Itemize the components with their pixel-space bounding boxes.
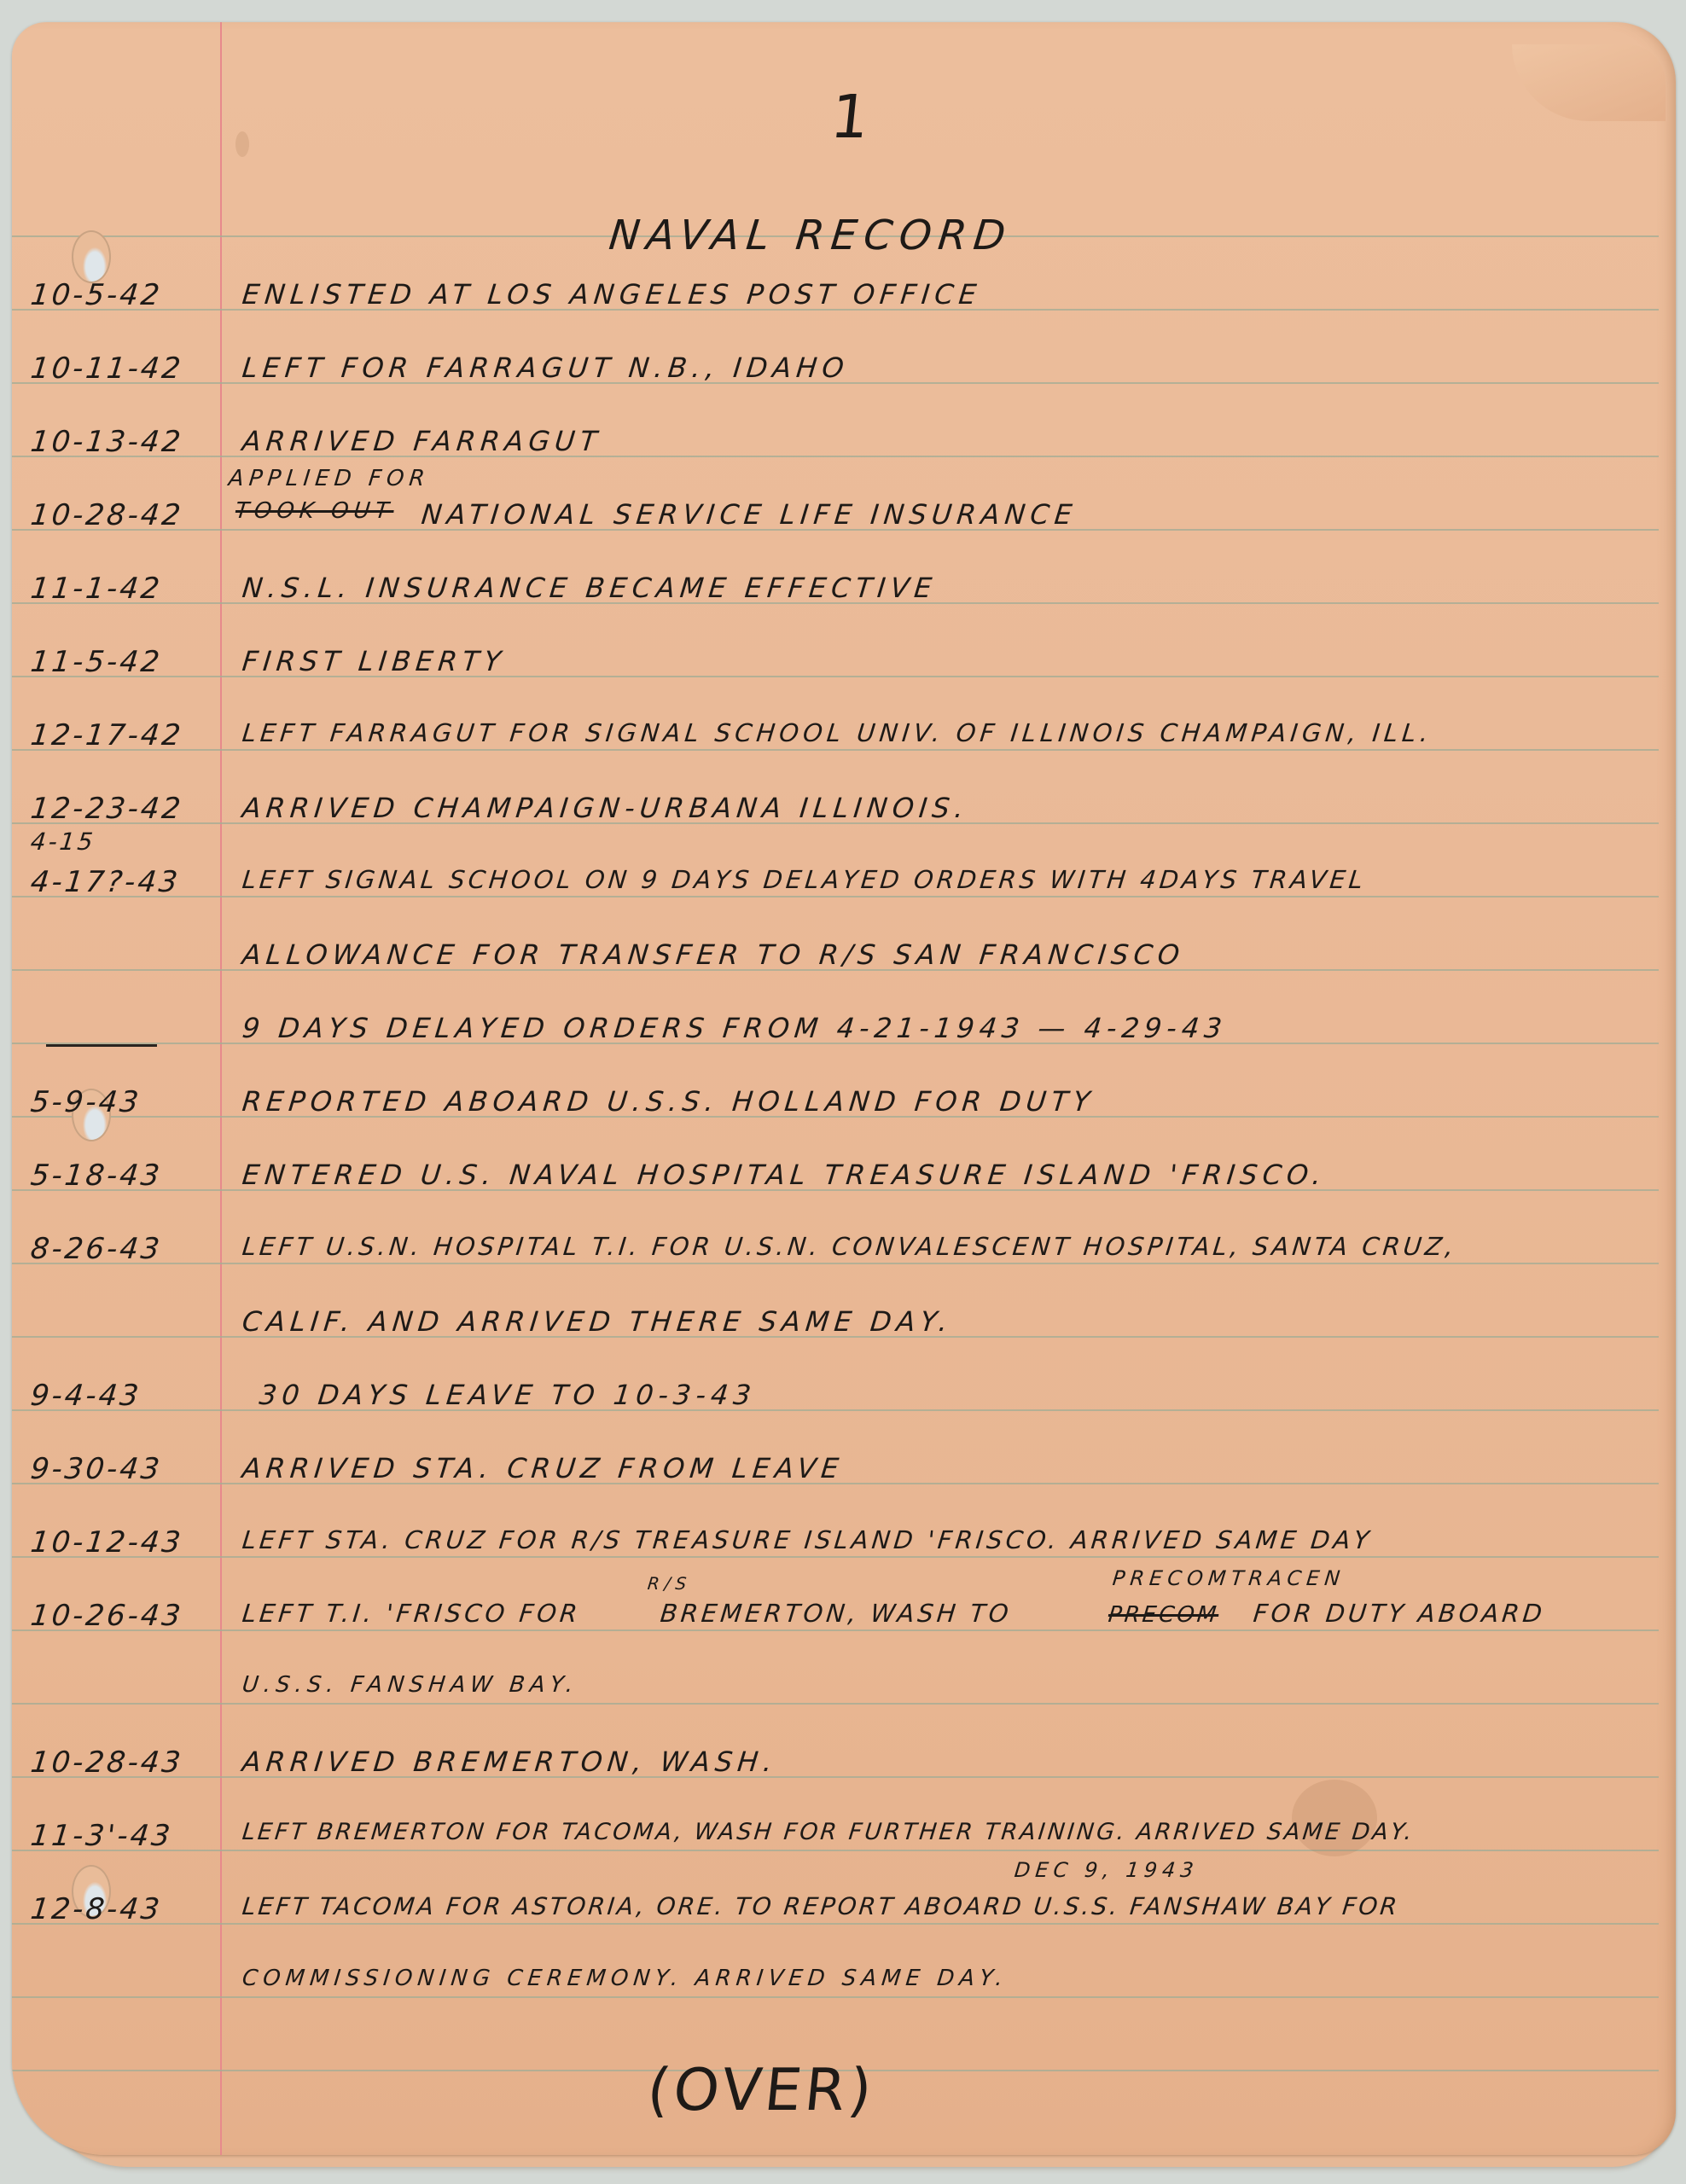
entry-continuation: U.S.S. FANSHAW BAY. <box>241 1672 579 1698</box>
entry-date: 11-5-42 <box>29 645 164 679</box>
entry-date: 8-26-43 <box>29 1232 164 1266</box>
entry-date: 10-26-43 <box>29 1599 185 1633</box>
entry-text: LEFT FOR FARRAGUT N.B., IDAHO <box>241 351 851 384</box>
entry-date: 10-11-42 <box>29 351 185 386</box>
entry-date: 9-4-43 <box>29 1379 142 1413</box>
entry-date: 10-28-43 <box>29 1745 185 1780</box>
page-number: 1 <box>828 82 873 152</box>
page-title: NAVAL RECORD <box>607 212 1015 259</box>
entry-date: 4-17?-43 <box>29 865 182 899</box>
entry-continuation: CALIF. AND ARRIVED THERE SAME DAY. <box>241 1305 954 1338</box>
entry-date: 5-9-43 <box>29 1085 142 1119</box>
dash-mark <box>46 1044 157 1047</box>
entry-text: LEFT T.I. 'FRISCO FOR <box>241 1599 582 1628</box>
entry-date: 11-1-42 <box>29 572 164 606</box>
entry-text: 9 DAYS DELAYED ORDERS FROM 4-21-1943 — 4… <box>241 1012 1229 1044</box>
entry-text: LEFT TACOMA FOR ASTORIA, ORE. TO REPORT … <box>241 1892 1400 1920</box>
entry-text: LEFT BREMERTON FOR TACOMA, WASH FOR FURT… <box>241 1819 1416 1845</box>
rule-line <box>12 1703 1659 1705</box>
entry-date: 12-17-42 <box>29 718 185 752</box>
rule-line <box>12 1850 1659 1851</box>
notebook-page: 1 NAVAL RECORD 10-5-42 ENLISTED AT LOS A… <box>12 22 1676 2155</box>
entry-text: N.S.L. INSURANCE BECAME EFFECTIVE <box>241 572 939 604</box>
entry-insertion: DEC 9, 1943 <box>1014 1858 1201 1882</box>
rule-line <box>12 1923 1659 1925</box>
entry-text: ARRIVED CHAMPAIGN-URBANA ILLINOIS. <box>241 792 970 824</box>
entry-text: ARRIVED BREMERTON, WASH. <box>241 1745 779 1778</box>
entry-date: 12-23-42 <box>29 792 185 826</box>
entry-struck-text: PRECOM <box>1107 1602 1219 1628</box>
page-corner-curl <box>1512 44 1666 121</box>
entry-text: 30 DAYS LEAVE TO 10-3-43 <box>258 1379 758 1411</box>
rule-line <box>12 1629 1659 1631</box>
rule-line <box>12 1996 1659 1998</box>
rule-line <box>12 896 1659 897</box>
entry-text: BREMERTON, WASH TO <box>659 1599 1013 1628</box>
rule-line <box>12 749 1659 751</box>
rule-line <box>12 1556 1659 1558</box>
entry-date: 12-8-43 <box>29 1892 164 1926</box>
entry-date: 5-18-43 <box>29 1159 164 1193</box>
entry-text: ENTERED U.S. NAVAL HOSPITAL TREASURE ISL… <box>241 1159 1328 1191</box>
rule-line <box>12 1263 1659 1264</box>
entry-text: ENLISTED AT LOS ANGELES POST OFFICE <box>241 278 983 311</box>
entry-continuation: ALLOWANCE FOR TRANSFER TO R/S SAN FRANCI… <box>241 938 1186 971</box>
entry-struck-text: TOOK OUT <box>234 498 395 524</box>
entry-text: LEFT FARRAGUT FOR SIGNAL SCHOOL UNIV. OF… <box>241 718 1433 747</box>
entry-date: 11-3'-43 <box>29 1819 174 1853</box>
entry-date: 10-13-42 <box>29 425 185 459</box>
entry-text: ARRIVED FARRAGUT <box>241 425 603 457</box>
entry-insertion-rs: R/S <box>647 1573 693 1594</box>
entry-date: 10-12-43 <box>29 1525 185 1560</box>
over-note: (OVER) <box>644 2057 878 2124</box>
entry-text: LEFT U.S.N. HOSPITAL T.I. FOR U.S.N. CON… <box>241 1232 1458 1261</box>
entry-date: 10-5-42 <box>29 278 164 312</box>
entry-date-alt: 4-15 <box>29 828 96 856</box>
entry-text: LEFT SIGNAL SCHOOL ON 9 DAYS DELAYED ORD… <box>241 865 1368 894</box>
entry-text: REPORTED ABOARD U.S.S. HOLLAND FOR DUTY <box>241 1085 1096 1118</box>
entry-text: FIRST LIBERTY <box>241 645 508 677</box>
entry-date: 9-30-43 <box>29 1452 164 1486</box>
entry-insertion: PRECOMTRACEN <box>1112 1566 1346 1590</box>
stain <box>235 131 249 157</box>
entry-text: LEFT STA. CRUZ FOR R/S TREASURE ISLAND '… <box>241 1525 1374 1554</box>
entry-date: 10-28-42 <box>29 498 185 532</box>
entry-continuation: COMMISSIONING CEREMONY. ARRIVED SAME DAY… <box>241 1966 1009 1991</box>
punch-hole <box>72 230 111 283</box>
entry-text: ARRIVED STA. CRUZ FROM LEAVE <box>241 1452 846 1484</box>
entry-text: FOR DUTY ABOARD <box>1252 1599 1547 1628</box>
margin-line <box>220 22 222 2155</box>
entry-insertion: APPLIED FOR <box>227 466 431 491</box>
entry-text: NATIONAL SERVICE LIFE INSURANCE <box>420 498 1078 531</box>
